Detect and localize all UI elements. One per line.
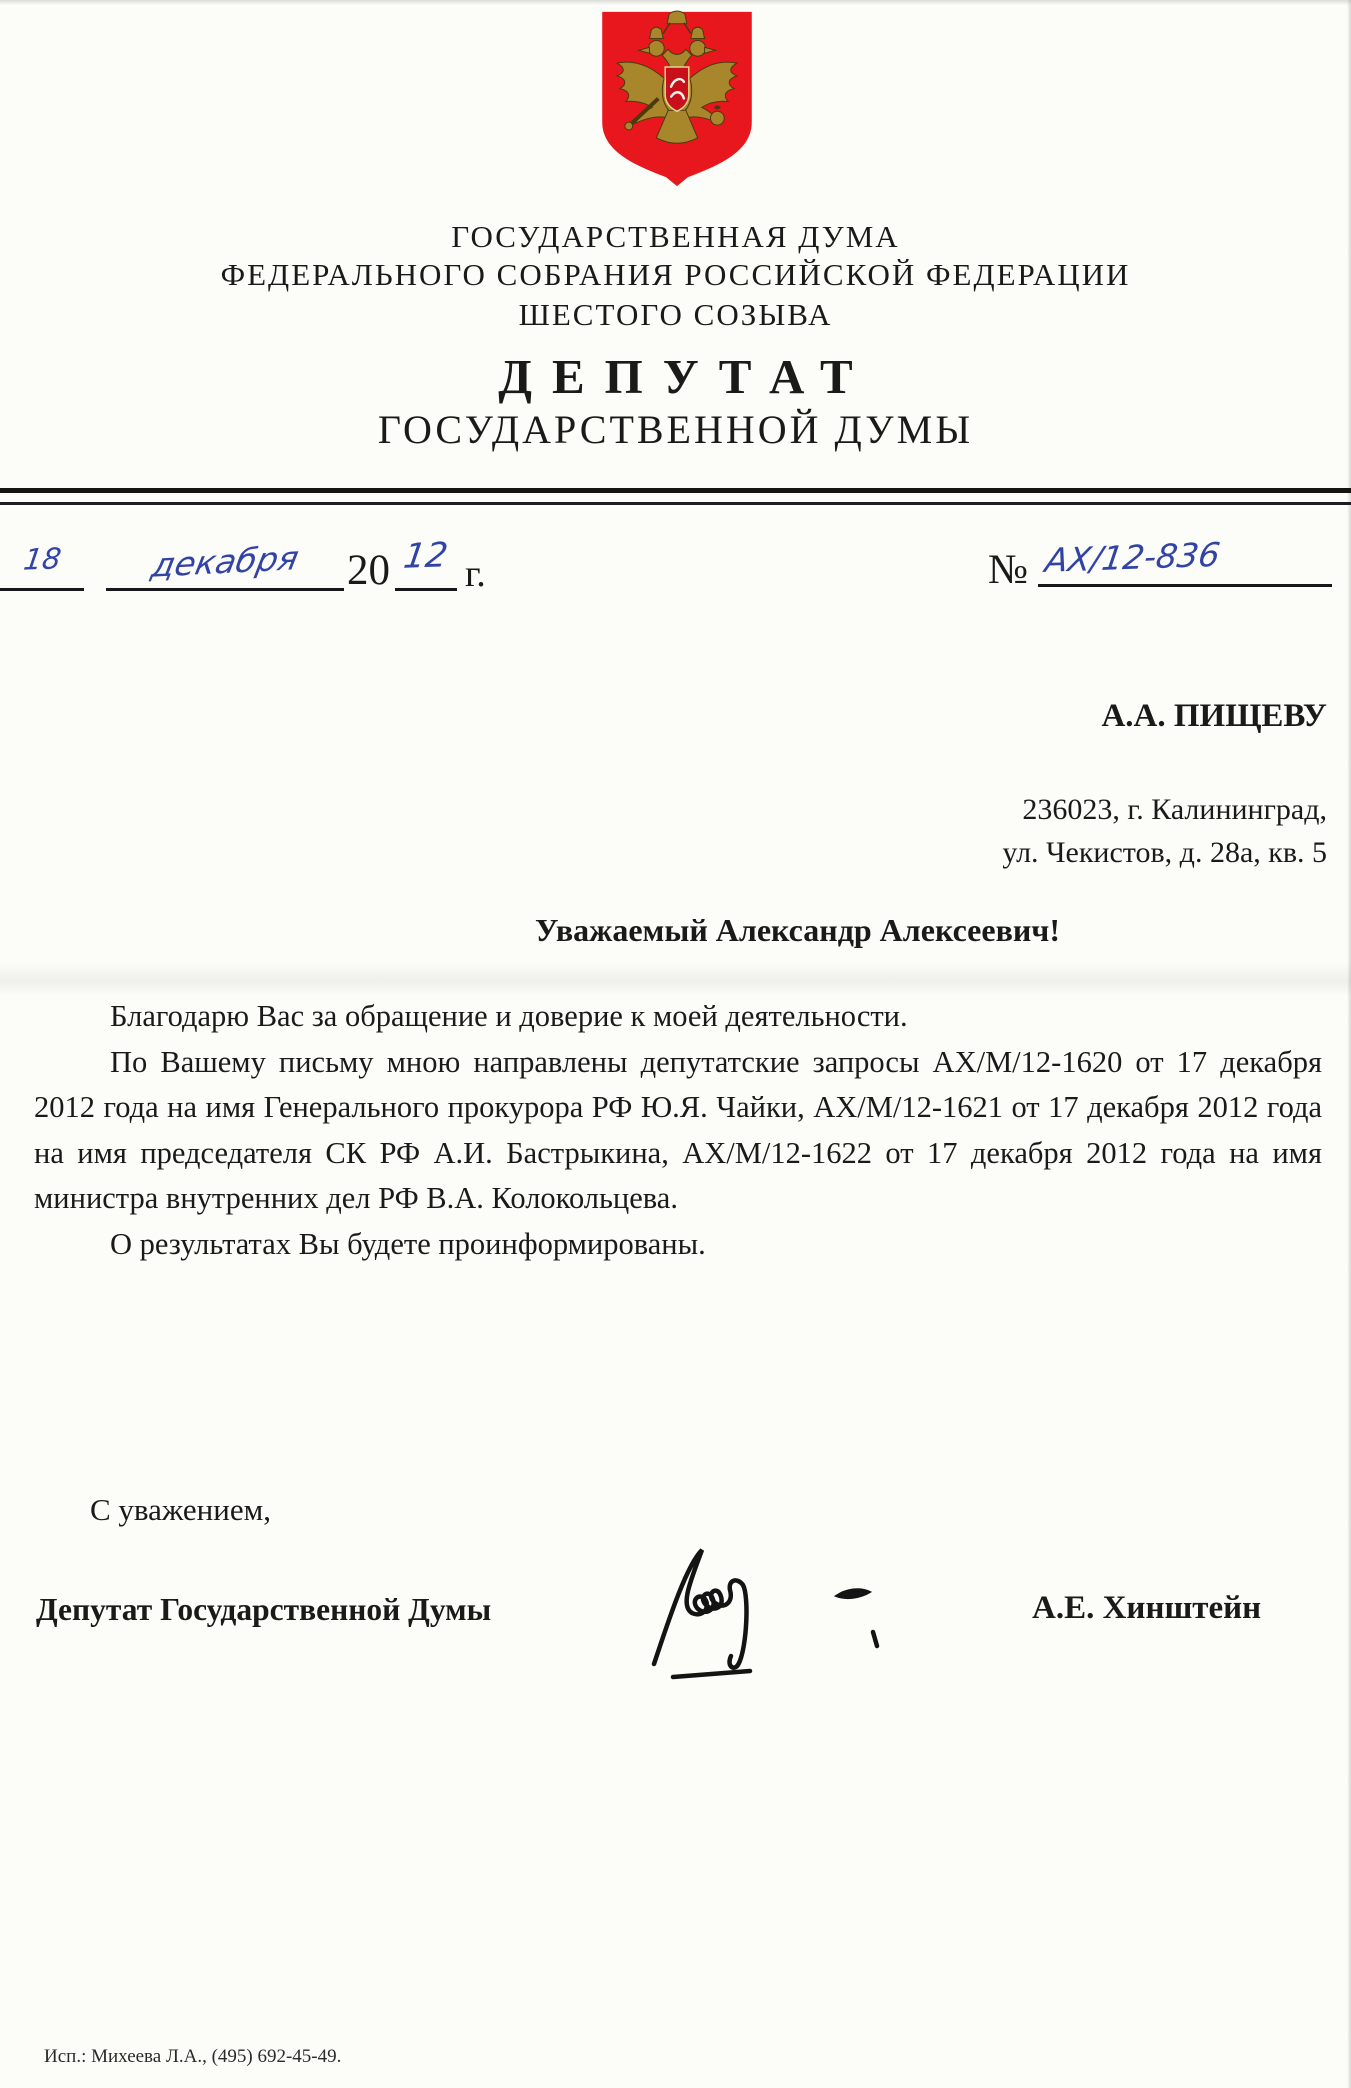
handwritten-signature-icon bbox=[640, 1536, 940, 1686]
body-paragraph-3: О результатах Вы будете проинформированы… bbox=[34, 1222, 1322, 1268]
handwritten-day: 18 bbox=[21, 541, 63, 576]
document-number-blank: АХ/12-836 bbox=[1038, 538, 1332, 587]
executor-note: Исп.: Михеева Л.А., (495) 692-45-49. bbox=[44, 2046, 341, 2068]
recipient-name: А.А. ПИЩЕВУ bbox=[1101, 698, 1327, 735]
handwritten-month: декабря bbox=[148, 538, 302, 585]
date-year-suffix: г. bbox=[465, 552, 486, 596]
signatory-position-title: Депутат Государственной Думы bbox=[36, 1592, 491, 1628]
date-year-blank: 12 bbox=[395, 542, 457, 591]
date-century-printed: 20 bbox=[347, 546, 390, 595]
org-name-line2: ФЕДЕРАЛЬНОГО СОБРАНИЯ РОССИЙСКОЙ ФЕДЕРАЦ… bbox=[0, 256, 1351, 294]
russian-coat-of-arms-icon bbox=[591, 8, 763, 190]
body-paragraph-1: Благодарю Вас за обращение и доверие к м… bbox=[34, 994, 1322, 1040]
signatory-name: А.Е. Хинштейн bbox=[1032, 1590, 1261, 1627]
recipient-address-line2: ул. Чекистов, д. 28а, кв. 5 bbox=[1002, 831, 1327, 874]
date-day-blank: 18 bbox=[0, 542, 84, 591]
scan-edge-shadow bbox=[0, 0, 1351, 5]
handwritten-document-number: АХ/12-836 bbox=[1035, 535, 1223, 580]
letter-body: Благодарю Вас за обращение и доверие к м… bbox=[34, 994, 1322, 1267]
letterhead-rule-thin bbox=[0, 502, 1351, 505]
closing-phrase: С уважением, bbox=[90, 1492, 271, 1528]
scanned-letter-page: ГОСУДАРСТВЕННАЯ ДУМА ФЕДЕРАЛЬНОГО СОБРАН… bbox=[0, 0, 1351, 2088]
scan-crease-shadow bbox=[0, 962, 1351, 996]
deputy-subtitle: ГОСУДАРСТВЕННОЙ ДУМЫ bbox=[0, 406, 1351, 453]
org-name-line3: ШЕСТОГО СОЗЫВА bbox=[0, 296, 1351, 334]
letterhead-rule-thick bbox=[0, 488, 1351, 493]
recipient-address-line1: 236023, г. Калининград, bbox=[1002, 788, 1327, 831]
handwritten-year: 12 bbox=[401, 535, 450, 576]
date-month-blank: декабря bbox=[106, 542, 344, 591]
recipient-address: 236023, г. Калининград, ул. Чекистов, д.… bbox=[1002, 788, 1327, 874]
number-sign: № bbox=[988, 546, 1028, 594]
salutation: Уважаемый Александр Алексеевич! bbox=[0, 912, 1060, 949]
deputy-title: ДЕПУТАТ bbox=[0, 348, 1351, 405]
body-paragraph-2: По Вашему письму мною направлены депутат… bbox=[34, 1040, 1322, 1222]
org-name-line1: ГОСУДАРСТВЕННАЯ ДУМА bbox=[0, 218, 1351, 256]
